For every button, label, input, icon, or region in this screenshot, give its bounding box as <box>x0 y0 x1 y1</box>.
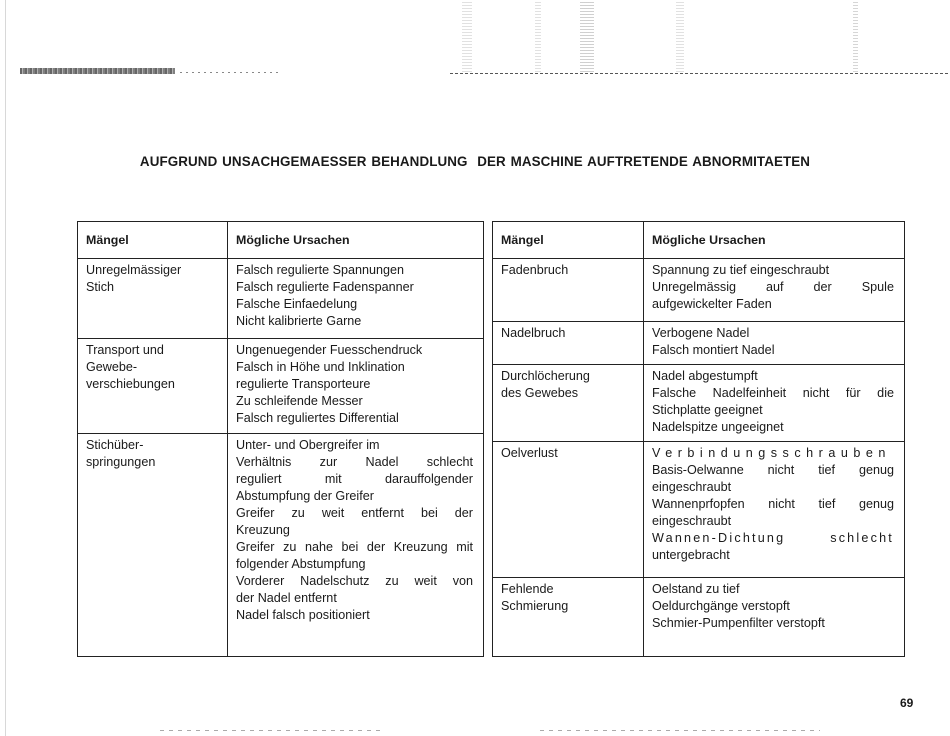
page-number: 69 <box>900 696 913 710</box>
defects-table-left: Mängel Mögliche Ursachen Unregelmässiger… <box>77 221 484 657</box>
cause-text: Verbogene Nadel <box>652 325 894 342</box>
causes-cell: Ungenuegender FuesschendruckFalsch in Hö… <box>228 339 484 434</box>
cause-text: folgender Abstumpfung <box>236 556 473 573</box>
defect-cell: UnregelmässigerStich <box>78 259 228 339</box>
table-row: NadelbruchVerbogene NadelFalsch montiert… <box>493 322 905 365</box>
scan-artifact <box>580 0 594 72</box>
defect-text: Stichüber- <box>86 437 219 454</box>
defect-cell: Oelverlust <box>493 442 644 578</box>
cause-text: Verhältnis zur Nadel schlecht <box>236 454 473 471</box>
scan-margin-line <box>5 0 6 736</box>
cause-text: Unregelmässig auf der Spule <box>652 279 894 296</box>
cause-text: Basis-Oelwanne nicht tief genug <box>652 462 894 479</box>
header-defects: Mängel <box>493 222 644 259</box>
cause-text: Falsch reguliertes Differential <box>236 410 473 427</box>
causes-cell: Oelstand zu tiefOeldurchgänge verstopftS… <box>644 578 905 657</box>
cause-text: Abstumpfung der Greifer <box>236 488 473 505</box>
defect-cell: FehlendeSchmierung <box>493 578 644 657</box>
defect-text: Fadenbruch <box>501 262 635 279</box>
scan-artifact-footer <box>540 730 820 731</box>
causes-cell: Unter- und Obergreifer imVerhältnis zur … <box>228 434 484 657</box>
table-row: Stichüber-springungenUnter- und Obergrei… <box>78 434 484 657</box>
cause-text: Ungenuegender Fuesschendruck <box>236 342 473 359</box>
cause-text: Falsch in Höhe und Inklination <box>236 359 473 376</box>
cause-text: Wannen-Dichtung schlecht <box>652 530 894 547</box>
defect-text: verschiebungen <box>86 376 219 393</box>
defect-text: Oelverlust <box>501 445 635 462</box>
cause-text: untergebracht <box>652 547 894 564</box>
defect-cell: Stichüber-springungen <box>78 434 228 657</box>
table-row: FehlendeSchmierungOelstand zu tiefOeldur… <box>493 578 905 657</box>
scan-artifact <box>853 0 858 72</box>
defect-text: Gewebe- <box>86 359 219 376</box>
causes-cell: Spannung zu tief eingeschraubtUnregelmäs… <box>644 259 905 322</box>
scan-artifact <box>462 0 472 72</box>
causes-cell: Falsch regulierte SpannungenFalsch regul… <box>228 259 484 339</box>
table-row: Durchlöcherungdes GewebesNadel abgestump… <box>493 365 905 442</box>
page-title: AUFGRUND UNSACHGEMAESSER BEHANDLUNG DER … <box>0 154 950 169</box>
cause-text: eingeschraubt <box>652 479 894 496</box>
cause-text: Zu schleifende Messer <box>236 393 473 410</box>
cause-text: Falsche Nadelfeinheit nicht für die <box>652 385 894 402</box>
defect-text: springungen <box>86 454 219 471</box>
cause-text: eingeschraubt <box>652 513 894 530</box>
cause-text: Nadel abgestumpft <box>652 368 894 385</box>
defect-text: des Gewebes <box>501 385 635 402</box>
cause-text: Nadel falsch positioniert <box>236 607 473 624</box>
cause-text: Verbindungsschrauben <box>652 445 894 462</box>
table-row: UnregelmässigerStichFalsch regulierte Sp… <box>78 259 484 339</box>
table-row: OelverlustVerbindungsschraubenBasis-Oelw… <box>493 442 905 578</box>
defect-cell: Durchlöcherungdes Gewebes <box>493 365 644 442</box>
defect-cell: Fadenbruch <box>493 259 644 322</box>
scan-artifact-footer <box>160 730 380 731</box>
cause-text: Schmier-Pumpenfilter verstopft <box>652 615 894 632</box>
cause-text: Kreuzung <box>236 522 473 539</box>
scan-artifact-header <box>20 68 950 76</box>
scan-artifact <box>535 0 541 72</box>
cause-text: Greifer zu weit entfernt bei der <box>236 505 473 522</box>
causes-cell: Verbogene NadelFalsch montiert Nadel <box>644 322 905 365</box>
cause-text: Falsch regulierte Fadenspanner <box>236 279 473 296</box>
cause-text: der Nadel entfernt <box>236 590 473 607</box>
cause-text: Oeldurchgänge verstopft <box>652 598 894 615</box>
cause-text: Nadelspitze ungeeignet <box>652 419 894 436</box>
cause-text: Stichplatte geeignet <box>652 402 894 419</box>
table-row: FadenbruchSpannung zu tief eingeschraubt… <box>493 259 905 322</box>
defect-text: Stich <box>86 279 219 296</box>
defect-text: Unregelmässiger <box>86 262 219 279</box>
defect-cell: Nadelbruch <box>493 322 644 365</box>
defect-text: Nadelbruch <box>501 325 635 342</box>
cause-text: Wannenprfopfen nicht tief genug <box>652 496 894 513</box>
cause-text: Falsch regulierte Spannungen <box>236 262 473 279</box>
cause-text: Spannung zu tief eingeschraubt <box>652 262 894 279</box>
defects-table-right: Mängel Mögliche Ursachen FadenbruchSpann… <box>492 221 905 657</box>
defect-text: Transport und <box>86 342 219 359</box>
cause-text: Oelstand zu tief <box>652 581 894 598</box>
defect-text: Fehlende <box>501 581 635 598</box>
cause-text: Vorderer Nadelschutz zu weit von <box>236 573 473 590</box>
cause-text: Falsch montiert Nadel <box>652 342 894 359</box>
defect-text: Schmierung <box>501 598 635 615</box>
defect-cell: Transport undGewebe-verschiebungen <box>78 339 228 434</box>
header-causes: Mögliche Ursachen <box>644 222 905 259</box>
table-row: Transport undGewebe-verschiebungenUngenu… <box>78 339 484 434</box>
scan-artifact <box>676 0 684 72</box>
causes-cell: Nadel abgestumpftFalsche Nadelfeinheit n… <box>644 365 905 442</box>
header-causes: Mögliche Ursachen <box>228 222 484 259</box>
cause-text: Unter- und Obergreifer im <box>236 437 473 454</box>
defect-text: Durchlöcherung <box>501 368 635 385</box>
cause-text: aufgewickelter Faden <box>652 296 894 313</box>
cause-text: Nicht kalibrierte Garne <box>236 313 473 330</box>
cause-text: regulierte Transporteure <box>236 376 473 393</box>
cause-text: Falsche Einfaedelung <box>236 296 473 313</box>
cause-text: Greifer zu nahe bei der Kreuzung mit <box>236 539 473 556</box>
causes-cell: VerbindungsschraubenBasis-Oelwanne nicht… <box>644 442 905 578</box>
header-defects: Mängel <box>78 222 228 259</box>
cause-text: reguliert mit darauffolgender <box>236 471 473 488</box>
